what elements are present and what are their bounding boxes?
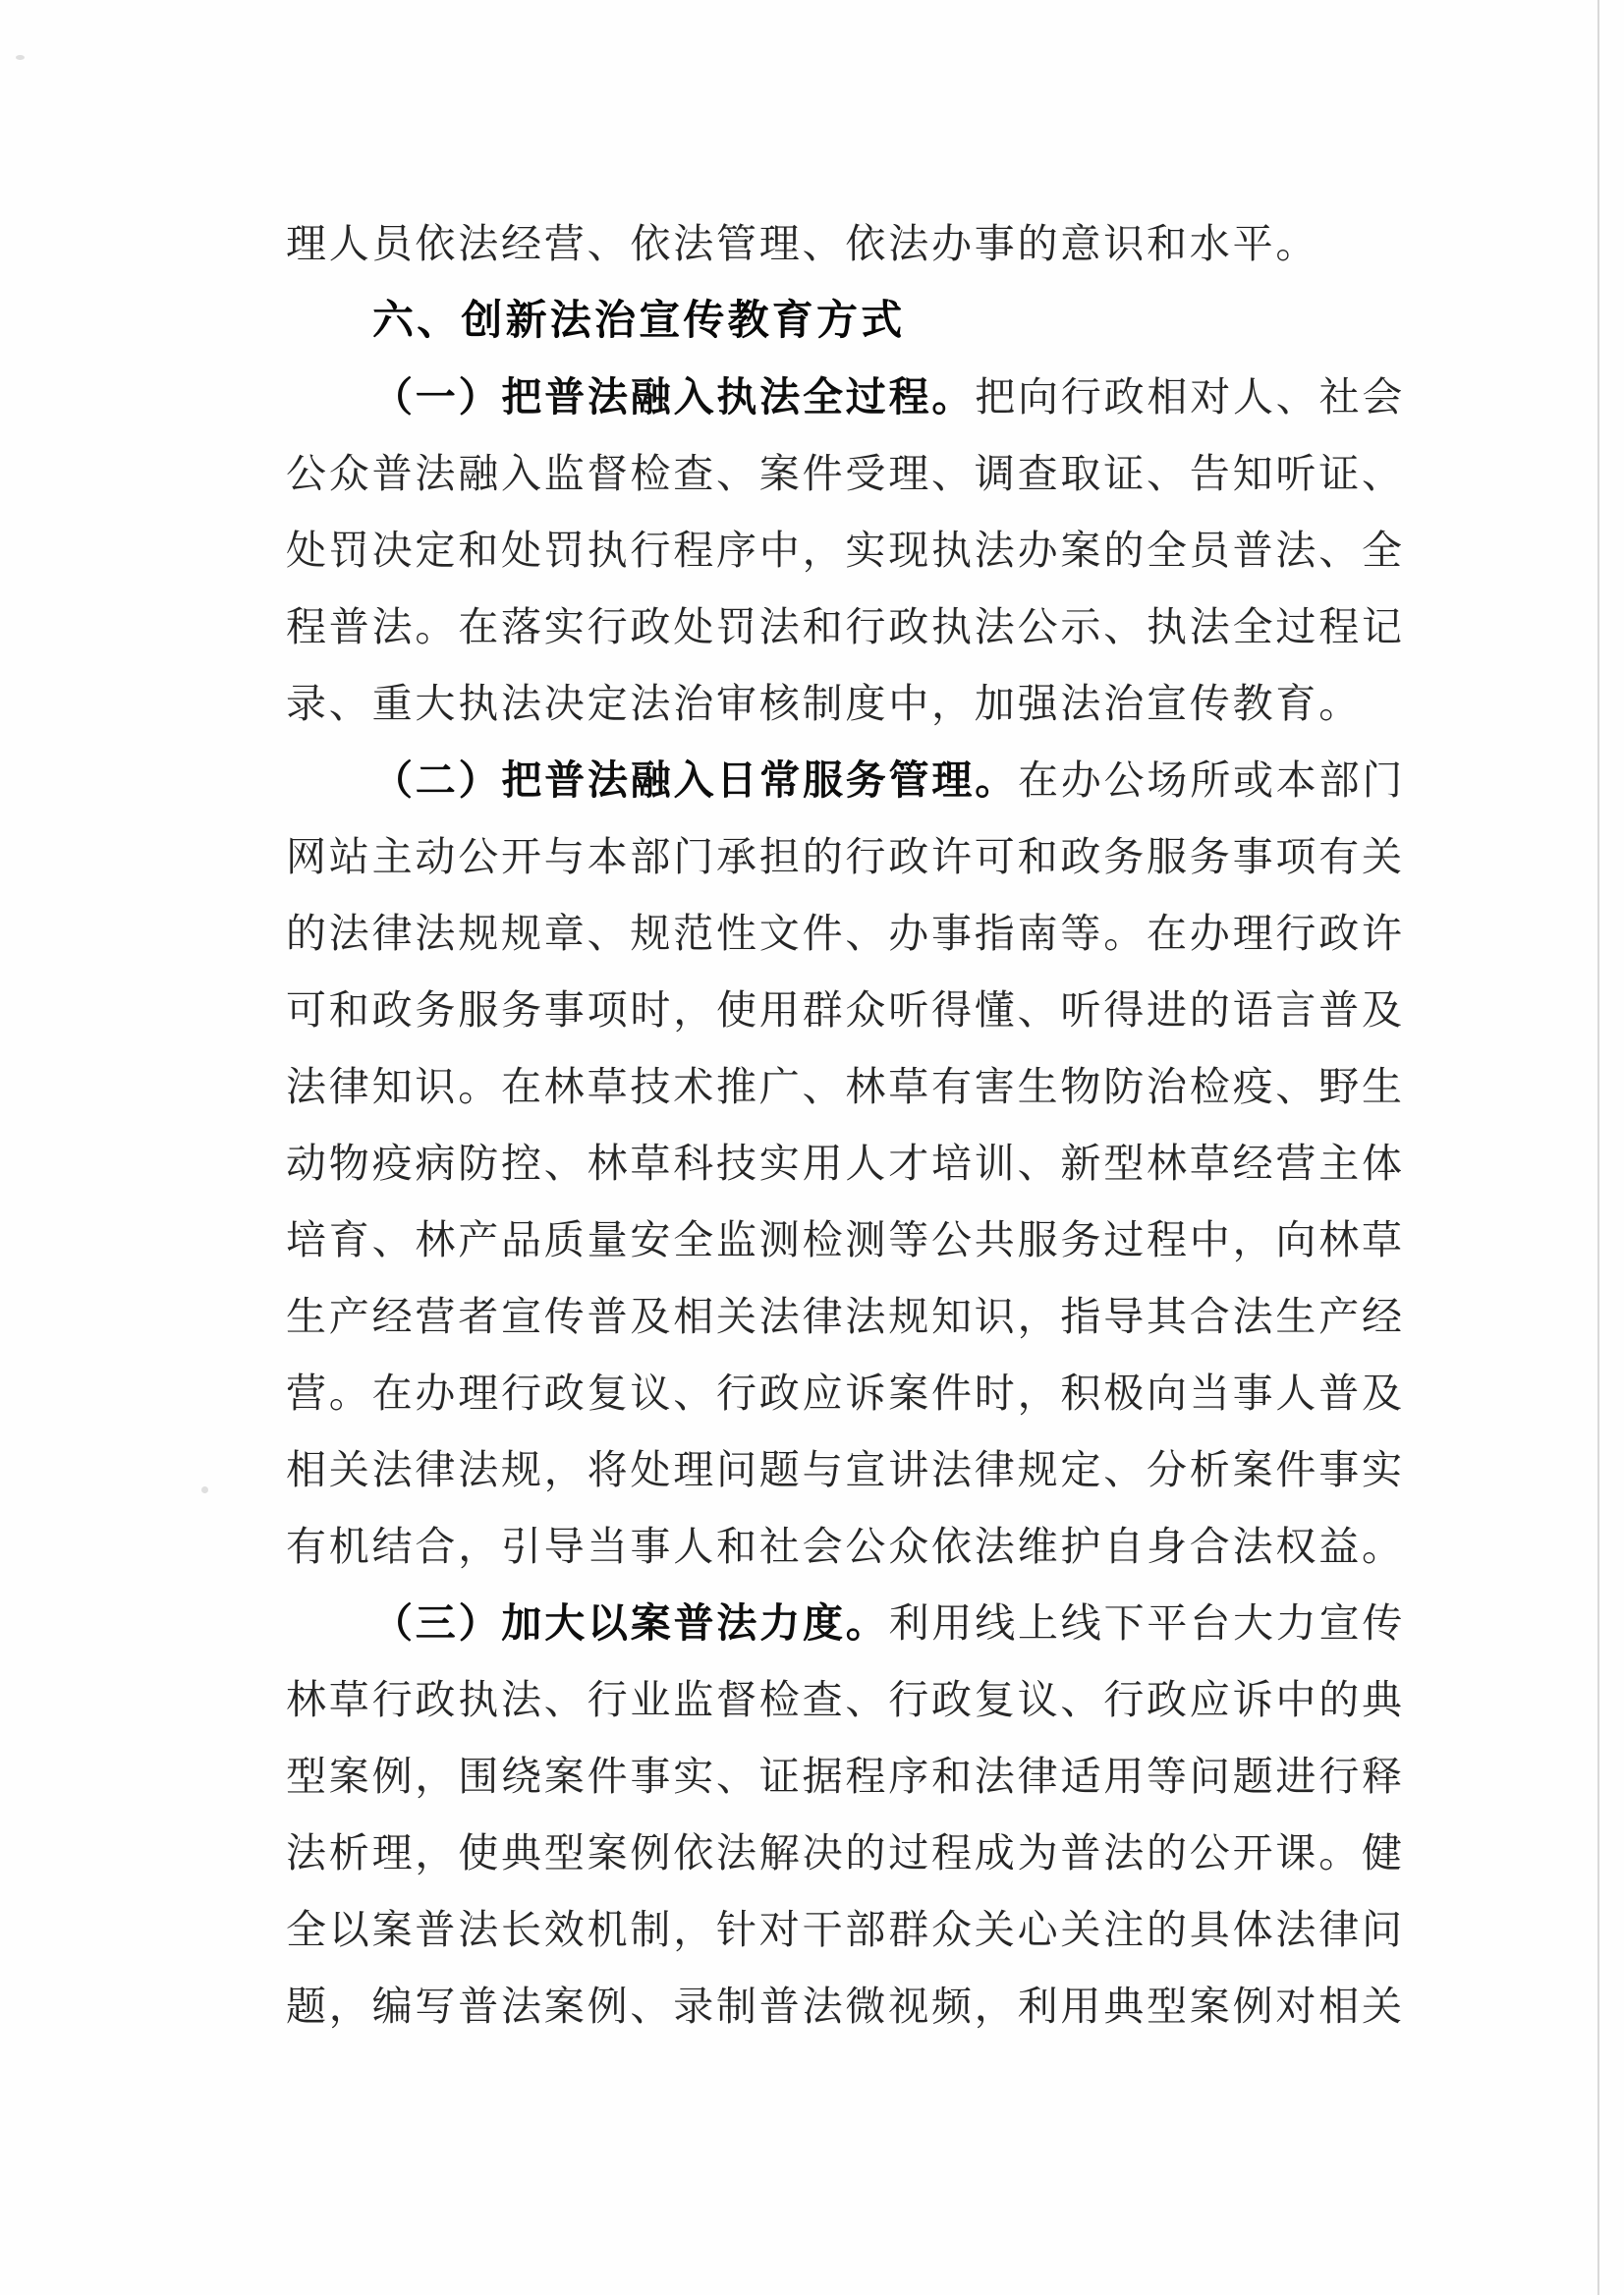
body-text: 的法律法规规章、规范性文件、办事指南等。在办理行政许 [286,911,1405,956]
text-line: 生产经营者宣传普及相关法律法规知识，指导其合法生产经 [286,1278,1426,1355]
text-line: 的法律法规规章、规范性文件、办事指南等。在办理行政许 [286,895,1426,972]
body-text: 理人员依法经营、依法管理、依法办事的意识和水平。 [286,221,1318,266]
scanned-document-page: 理人员依法经营、依法管理、依法办事的意识和水平。六、创新法治宣传教育方式（一）把… [0,0,1624,2295]
text-line: 营。在办理行政复议、行政应诉案件时，积极向当事人普及 [286,1355,1426,1431]
emphasis-text: （二）把普法融入日常服务管理。 [372,757,1018,803]
text-line: 全以案普法长效机制，针对干部群众关心关注的具体法律问 [286,1891,1426,1968]
document-body: 理人员依法经营、依法管理、依法办事的意识和水平。六、创新法治宣传教育方式（一）把… [286,205,1426,2044]
body-text: 全以案普法长效机制，针对干部群众关心关注的具体法律问 [286,1907,1405,1952]
body-text: 法析理，使典型案例依法解决的过程成为普法的公开课。健 [286,1830,1405,1875]
text-line: 林草行政执法、行业监督检查、行政复议、行政应诉中的典 [286,1661,1426,1738]
text-line: 处罚决定和处罚执行程序中，实现执法办案的全员普法、全 [286,512,1426,588]
emphasis-text: 六、创新法治宣传教育方式 [372,297,905,343]
scan-speck [16,55,25,60]
text-line: 理人员依法经营、依法管理、依法办事的意识和水平。 [286,205,1426,282]
body-text: 在办公场所或本部门 [1018,757,1405,803]
body-text: 程普法。在落实行政处罚法和行政执法公示、执法全过程记 [286,604,1405,649]
body-text: 培育、林产品质量安全监测检测等公共服务过程中，向林草 [286,1217,1405,1262]
body-text: 处罚决定和处罚执行程序中，实现执法办案的全员普法、全 [286,528,1405,573]
body-text: 林草行政执法、行业监督检查、行政复议、行政应诉中的典 [286,1677,1405,1722]
text-line: （一）把普法融入执法全过程。把向行政相对人、社会 [286,359,1426,435]
text-line: 录、重大执法决定法治审核制度中，加强法治宣传教育。 [286,665,1426,742]
body-text: 相关法律法规，将处理问题与宣讲法律规定、分析案件事实 [286,1447,1405,1492]
text-line: 公众普法融入监督检查、案件受理、调查取证、告知听证、 [286,435,1426,512]
section-heading: 六、创新法治宣传教育方式 [286,282,1426,359]
body-text: 题，编写普法案例、录制普法微视频，利用典型案例对相关 [286,1984,1405,2029]
body-text: 有机结合，引导当事人和社会公众依法维护自身合法权益。 [286,1524,1405,1569]
body-text: 型案例，围绕案件事实、证据程序和法律适用等问题进行释 [286,1754,1405,1799]
body-text: 生产经营者宣传普及相关法律法规知识，指导其合法生产经 [286,1294,1405,1339]
emphasis-text: （三）加大以案普法力度。 [372,1600,889,1646]
body-text: 营。在办理行政复议、行政应诉案件时，积极向当事人普及 [286,1371,1405,1416]
text-line: 法析理，使典型案例依法解决的过程成为普法的公开课。健 [286,1815,1426,1891]
text-line: 相关法律法规，将处理问题与宣讲法律规定、分析案件事实 [286,1431,1426,1508]
scan-edge-artifact [1597,0,1599,2295]
text-line: 法律知识。在林草技术推广、林草有害生物防治检疫、野生 [286,1048,1426,1125]
body-text: 网站主动公开与本部门承担的行政许可和政务服务事项有关 [286,834,1405,879]
body-text: 录、重大执法决定法治审核制度中，加强法治宣传教育。 [286,681,1362,726]
text-line: 可和政务服务事项时，使用群众听得懂、听得进的语言普及 [286,972,1426,1048]
text-line: （三）加大以案普法力度。利用线上线下平台大力宣传 [286,1585,1426,1661]
body-text: 把向行政相对人、社会 [975,374,1405,420]
body-text: 动物疫病防控、林草科技实用人才培训、新型林草经营主体 [286,1141,1405,1186]
text-line: 培育、林产品质量安全监测检测等公共服务过程中，向林草 [286,1202,1426,1278]
text-line: 程普法。在落实行政处罚法和行政执法公示、执法全过程记 [286,588,1426,665]
body-text: 公众普法融入监督检查、案件受理、调查取证、告知听证、 [286,451,1405,496]
text-line: 型案例，围绕案件事实、证据程序和法律适用等问题进行释 [286,1738,1426,1815]
text-line: 题，编写普法案例、录制普法微视频，利用典型案例对相关 [286,1968,1426,2044]
body-text: 可和政务服务事项时，使用群众听得懂、听得进的语言普及 [286,987,1405,1033]
text-line: 网站主动公开与本部门承担的行政许可和政务服务事项有关 [286,818,1426,895]
emphasis-text: （一）把普法融入执法全过程。 [372,374,975,420]
scan-speck [201,1486,208,1493]
text-line: （二）把普法融入日常服务管理。在办公场所或本部门 [286,742,1426,818]
text-line: 有机结合，引导当事人和社会公众依法维护自身合法权益。 [286,1508,1426,1585]
text-line: 动物疫病防控、林草科技实用人才培训、新型林草经营主体 [286,1125,1426,1202]
body-text: 利用线上线下平台大力宣传 [889,1600,1406,1646]
body-text: 法律知识。在林草技术推广、林草有害生物防治检疫、野生 [286,1064,1405,1109]
